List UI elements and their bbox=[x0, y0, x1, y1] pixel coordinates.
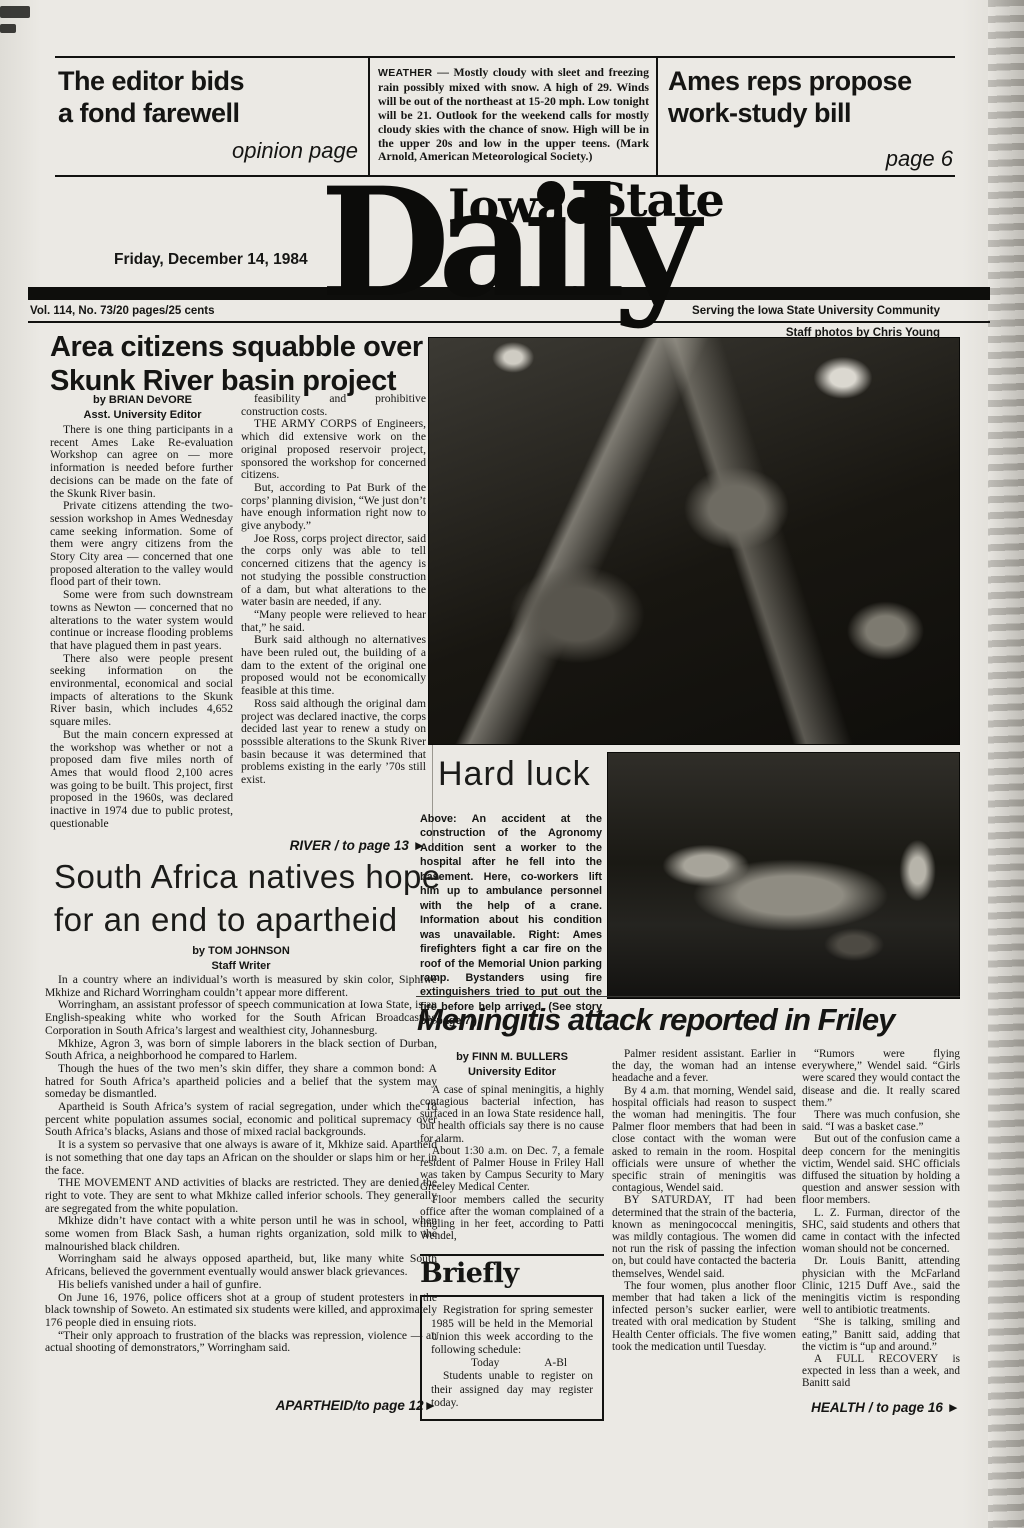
issue-date: Friday, December 14, 1984 bbox=[114, 251, 308, 269]
byline-title: University Editor bbox=[420, 1065, 604, 1080]
page-edge-artifact bbox=[988, 0, 1024, 1528]
masthead-logo-iowa: Iowa bbox=[448, 183, 594, 229]
briefly-schedule-row: Today A-Bl bbox=[431, 1357, 593, 1370]
weather-box: WEATHER — Mostly cloudy with sleet and f… bbox=[378, 66, 649, 164]
paragraph: His beliefs vanished under a hail of gun… bbox=[45, 1279, 437, 1292]
paragraph: Private citizens attending the two-sessi… bbox=[50, 500, 233, 589]
paragraph: “Their only approach to frustration of t… bbox=[45, 1330, 437, 1355]
river-headline: Area citizens squabble over Skunk River … bbox=[50, 331, 450, 398]
paragraph: But, according to Pat Burk of the corps’… bbox=[241, 482, 426, 533]
meningitis-headline: Meningitis attack reported in Friley bbox=[417, 1002, 894, 1038]
paragraph: It is a system so pervasive that one alw… bbox=[45, 1139, 437, 1177]
paragraph: THE ARMY CORPS of Engineers, which did e… bbox=[241, 418, 426, 482]
briefly-rule: Briefly bbox=[420, 1254, 604, 1289]
weather-text: — Mostly cloudy with sleet and freezing … bbox=[378, 65, 649, 163]
apartheid-jump-line: APARTHEID/to page 12► bbox=[45, 1398, 437, 1413]
paragraph: Some were from such downstream towns as … bbox=[50, 589, 233, 653]
paragraph: “Many people were relieved to hear that,… bbox=[241, 609, 426, 634]
meningitis-jump-line: HEALTH / to page 16 ► bbox=[802, 1400, 960, 1415]
teaser-opinion-page-ref: opinion page bbox=[58, 138, 358, 164]
paragraph: A FULL RECOVERY is expected in less than… bbox=[802, 1353, 960, 1390]
paragraph: Apartheid is South Africa’s system of ra… bbox=[45, 1101, 437, 1139]
paragraph: Mkhize didn’t have contact with a white … bbox=[45, 1215, 437, 1253]
byline-author: by FINN M. BULLERS bbox=[420, 1050, 604, 1065]
paragraph: Burk said although no alternatives have … bbox=[241, 634, 426, 698]
logo-dot-icon bbox=[567, 197, 594, 224]
meningitis-rule bbox=[416, 996, 960, 997]
paragraph: Floor members called the security office… bbox=[420, 1194, 604, 1243]
byline-title: Asst. University Editor bbox=[50, 408, 235, 423]
weather-label: WEATHER bbox=[378, 67, 432, 79]
paragraph: In a country where an individual’s worth… bbox=[45, 974, 437, 999]
paragraph: “Rumors were flying everywhere,” Wendel … bbox=[802, 1048, 960, 1109]
briefly-section: Briefly Registration for spring semester… bbox=[420, 1254, 604, 1421]
paragraph: There is one thing participants in a rec… bbox=[50, 424, 233, 500]
briefly-title: Briefly bbox=[420, 1258, 519, 1289]
briefly-day: Today bbox=[471, 1357, 499, 1370]
paragraph: Mkhize, Agron 3, was born of simple labo… bbox=[45, 1038, 437, 1063]
paragraph: But the main concern expressed at the wo… bbox=[50, 729, 233, 831]
paragraph: Ross said although the original dam proj… bbox=[241, 698, 426, 787]
meningitis-byline: by FINN M. BULLERS University Editor bbox=[420, 1050, 604, 1080]
paragraph: But out of the confusion came a deep con… bbox=[802, 1133, 960, 1206]
briefly-box: Registration for spring semester 1985 wi… bbox=[420, 1295, 604, 1421]
apartheid-byline: by TOM JOHNSON Staff Writer bbox=[45, 944, 437, 974]
meningitis-column-3: “Rumors were flying everywhere,” Wendel … bbox=[802, 1048, 960, 1415]
meningitis-column-2: Palmer resident assistant. Earlier in th… bbox=[612, 1048, 796, 1353]
river-column-1: There is one thing participants in a rec… bbox=[50, 424, 233, 831]
briefly-note: Students unable to register on their ass… bbox=[431, 1370, 593, 1410]
briefly-range: A-Bl bbox=[544, 1357, 567, 1370]
paragraph: Dr. Louis Banitt, attending physician wi… bbox=[802, 1255, 960, 1316]
apartheid-body: In a country where an individual’s worth… bbox=[45, 974, 437, 1355]
river-byline: by BRIAN DeVORE Asst. University Editor bbox=[50, 393, 235, 423]
paragraph: Joe Ross, corps project director, said t… bbox=[241, 533, 426, 609]
paragraph: Worringham, an assistant professor of sp… bbox=[45, 999, 437, 1037]
photo-car-fire bbox=[607, 752, 960, 999]
paragraph: The four women, plus another floor membe… bbox=[612, 1280, 796, 1353]
briefly-intro: Registration for spring semester 1985 wi… bbox=[431, 1304, 593, 1357]
paragraph: “She is talking, smiling and eating,” Ba… bbox=[802, 1316, 960, 1353]
paragraph: feasibility and prohibitive construction… bbox=[241, 393, 426, 418]
paragraph: Worringham said he always opposed aparth… bbox=[45, 1253, 437, 1278]
teaser-workstudy-page-ref: page 6 bbox=[668, 146, 953, 172]
paragraph: By 4 a.m. that morning, Wendel said, hos… bbox=[612, 1085, 796, 1195]
paragraph: There was much confusion, she said. “I w… bbox=[802, 1109, 960, 1133]
paragraph: About 1:30 a.m. on Dec. 7, a female resi… bbox=[420, 1145, 604, 1194]
paragraph: Though the hues of the two men’s skin di… bbox=[45, 1063, 437, 1101]
meningitis-column-1: by FINN M. BULLERS University Editor A c… bbox=[420, 1050, 604, 1421]
teaser-workstudy-headline: Ames reps propose work-study bill bbox=[668, 66, 953, 130]
byline-author: by TOM JOHNSON bbox=[45, 944, 437, 959]
paragraph: A case of spinal meningitis, a highly co… bbox=[420, 1084, 604, 1145]
byline-author: by BRIAN DeVORE bbox=[50, 393, 235, 408]
river-jump-line: RIVER / to page 13 ► bbox=[241, 838, 426, 853]
paragraph: BY SATURDAY, IT had been determined that… bbox=[612, 1194, 796, 1279]
river-column-2: feasibility and prohibitive construction… bbox=[241, 393, 426, 787]
paragraph: L. Z. Furman, director of the SHC, said … bbox=[802, 1207, 960, 1256]
paragraph: On June 16, 1976, police officers shot a… bbox=[45, 1292, 437, 1330]
paragraph: There also were people present seeking i… bbox=[50, 653, 233, 729]
byline-title: Staff Writer bbox=[45, 959, 437, 974]
scan-mark bbox=[0, 6, 30, 18]
scan-mark bbox=[0, 24, 16, 33]
masthead-logo-state: State bbox=[594, 177, 724, 223]
volume-line: Vol. 114, No. 73/20 pages/25 cents bbox=[30, 305, 215, 317]
teaser-opinion-headline: The editor bids a fond farewell bbox=[58, 66, 358, 130]
teaser-rule-top bbox=[55, 56, 955, 58]
logo-iowa-text: Iowa bbox=[448, 179, 566, 233]
photo-crane-rescue bbox=[428, 337, 960, 745]
paragraph: THE MOVEMENT AND activities of blacks ar… bbox=[45, 1177, 437, 1215]
hardluck-headline: Hard luck bbox=[438, 752, 591, 796]
newspaper-front-page: The editor bids a fond farewell opinion … bbox=[0, 0, 1024, 1528]
paragraph: Palmer resident assistant. Earlier in th… bbox=[612, 1048, 796, 1085]
apartheid-headline: South Africa natives hope for an end to … bbox=[54, 856, 454, 942]
meningitis-col1-copy: A case of spinal meningitis, a highly co… bbox=[420, 1084, 604, 1243]
meningitis-col3-copy: “Rumors were flying everywhere,” Wendel … bbox=[802, 1048, 960, 1390]
